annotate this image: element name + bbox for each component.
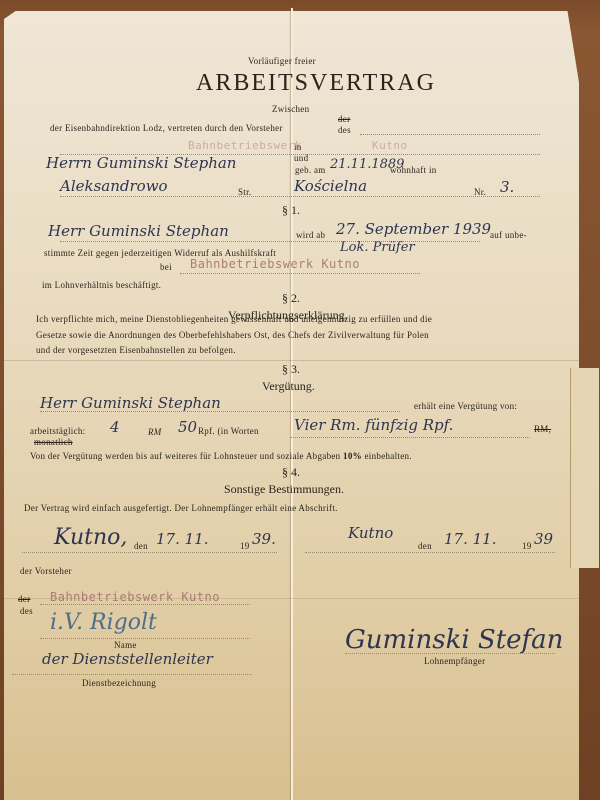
job-title-label: Dienstbezeichnung [82, 678, 156, 688]
employee-label: Lohnempfänger [424, 656, 485, 666]
born-label: geb. am [295, 165, 326, 175]
der-struck: der [18, 594, 30, 604]
right-date-field: 17. 11. [444, 530, 496, 548]
supervisor-signature: i.V. Rigolt [50, 610, 157, 635]
amount-in-words: Vier Rm. fünfzig Rpf. [294, 416, 453, 434]
start-date-field: 27. September 1939 [336, 220, 491, 238]
rpf-value: 50 [178, 418, 197, 436]
deduction-percent: 10% [343, 451, 362, 461]
der-struck: der [338, 114, 350, 124]
employee-signature: Guminski Stefan [345, 625, 563, 655]
left-place-field: Kutno, [54, 525, 127, 550]
section-1-name: Herr Guminski Stephan [48, 222, 229, 240]
right-year-field: 39 [534, 530, 553, 548]
left-year-field: 39. [252, 530, 276, 548]
deduction-text: Von der Vergütung werden bis auf weitere… [30, 451, 412, 461]
city-stamp-faint: Kutno [372, 139, 408, 152]
section-3-name: Herr Guminski Stephan [40, 394, 221, 412]
office-stamp: Bahnbetriebswerk Kutno [50, 590, 220, 604]
house-number-field: 3. [500, 178, 514, 196]
resident-label: wohnhaft in [390, 165, 437, 175]
auf-unbe-label: auf unbe- [490, 230, 527, 240]
daily-label: arbeitstäglich: [30, 426, 85, 436]
horizontal-fold [4, 360, 580, 361]
bei-label: bei [160, 262, 172, 272]
town-field: Aleksandrowo [60, 177, 168, 195]
section-3-heading: § 3. [282, 362, 300, 377]
employee-name-field: Herrn Guminski Stephan [46, 154, 236, 172]
section-4-title: Sonstige Bestimmungen. [224, 482, 344, 497]
den-label: den [134, 541, 148, 551]
pre-title: Vorläufiger freier [248, 56, 316, 66]
from-label: wird ab [296, 230, 325, 240]
section-3-title: Vergütung. [262, 379, 315, 394]
den-label: den [418, 541, 432, 551]
document-title: ARBEITSVERTRAG [196, 70, 436, 97]
section-2-text: Gesetze sowie die Anordnungen des Oberbe… [36, 330, 429, 340]
office-stamp: Bahnbetriebswerk Kutno [190, 257, 360, 271]
left-date-field: 17. 11. [156, 530, 208, 548]
year-prefix: 19 [240, 541, 250, 551]
between-label: Zwischen [272, 104, 309, 114]
job-title-field: der Dienststellenleiter [42, 650, 213, 668]
rm-value: 4 [110, 418, 120, 436]
und-label: und [294, 153, 308, 163]
party-line: der Eisenbahndirektion Lodz, vertreten d… [50, 123, 283, 133]
des-label: des [338, 125, 351, 135]
vertical-fold [291, 8, 293, 800]
section-4-text: Der Vertrag wird einfach ausgefertigt. D… [24, 503, 338, 513]
office-stamp-faint: Bahnbetriebswerk [188, 139, 302, 152]
monthly-struck: monatlich [34, 437, 73, 447]
section-2-heading: § 2. [282, 291, 300, 306]
des-label: des [20, 606, 33, 616]
name-label: Name [114, 640, 137, 650]
section-2-text: Ich verpflichte mich, meine Dienstoblieg… [36, 314, 432, 324]
role-field: Lok. Prüfer [340, 240, 415, 255]
year-prefix: 19 [522, 541, 532, 551]
section-1-heading: § 1. [282, 203, 300, 218]
in-label: in [294, 142, 302, 152]
receives-label: erhält eine Vergütung von: [414, 401, 517, 411]
vorsteher-label: der Vorsteher [20, 566, 72, 576]
rpf-label: Rpf. (in Worten [198, 426, 259, 436]
rm-struck: RM, [534, 424, 551, 434]
street-field: Kościelna [294, 177, 367, 195]
folded-flap [570, 368, 599, 568]
right-place-field: Kutno [348, 524, 393, 542]
section-1-line3: im Lohnverhältnis beschäftigt. [42, 280, 161, 290]
rm-label: RM [148, 427, 162, 437]
section-4-heading: § 4. [282, 465, 300, 480]
section-2-text: und der vorgesetzten Eisenbahnstellen zu… [36, 345, 236, 355]
